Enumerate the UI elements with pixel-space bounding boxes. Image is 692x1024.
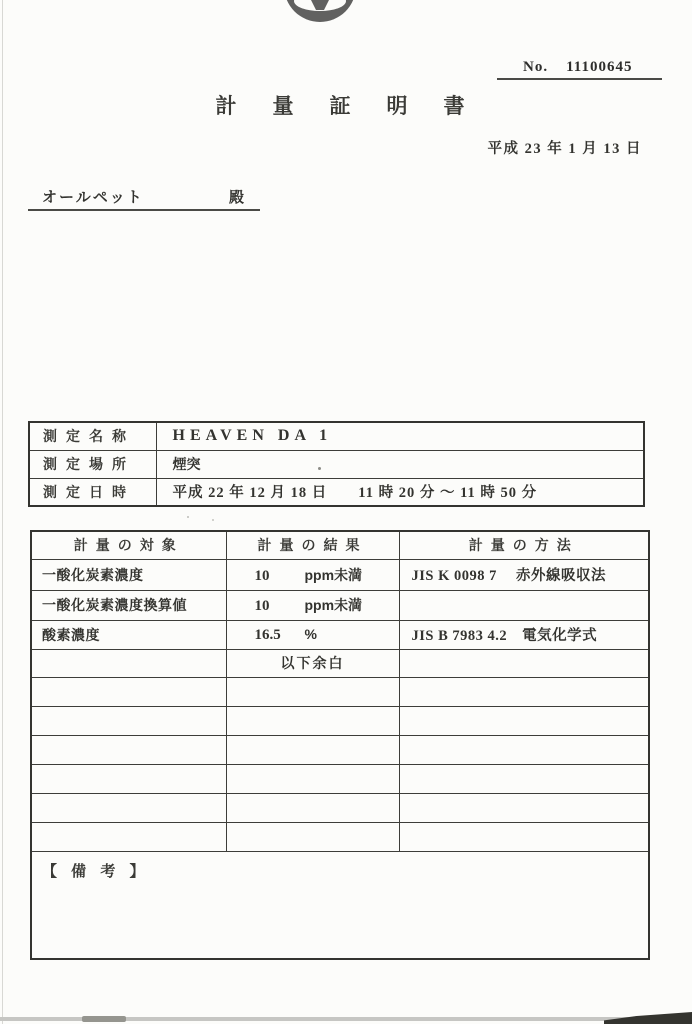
table-header-row: 計量の対象 計量の結果 計量の方法 xyxy=(31,531,649,559)
empty-table-row xyxy=(31,793,649,822)
empty-table-row xyxy=(31,764,649,793)
empty-table-row xyxy=(31,822,649,851)
info-label-datetime: 測定日時 xyxy=(29,478,156,506)
method-cell xyxy=(399,649,649,677)
page-title: 計量証明書 xyxy=(0,90,692,120)
info-value-name: HEAVEN DA 1 xyxy=(156,422,644,450)
scan-speck xyxy=(187,516,189,518)
issue-date: 平成 23 年 1 月 13 日 xyxy=(488,137,643,158)
table-row: 測定場所 煙突 xyxy=(29,450,644,478)
scan-speck xyxy=(212,519,214,521)
table-row: 酸素濃度 16.5% JIS B 7983 4.2 電気化学式 xyxy=(31,620,649,649)
empty-table-row xyxy=(31,735,649,764)
empty-table-row xyxy=(31,677,649,706)
header-result: 計量の結果 xyxy=(226,531,399,559)
method-cell: JIS K 0098 7 赤外線吸収法 xyxy=(399,559,649,590)
table-row: 測定名称 HEAVEN DA 1 xyxy=(29,422,644,450)
certificate-page: No. 11100645 計量証明書 平成 23 年 1 月 13 日 オールペ… xyxy=(0,0,692,1024)
company-stamp-logo-icon xyxy=(285,0,355,23)
measurement-result-table: 計量の対象 計量の結果 計量の方法 一酸化炭素濃度 10ppm未満 JIS K … xyxy=(30,530,650,960)
info-value-place: 煙突 xyxy=(156,450,644,478)
doc-number-value: 11100645 xyxy=(566,59,632,76)
header-target: 計量の対象 xyxy=(31,531,226,559)
remarks-section: 【 備 考 】 xyxy=(31,851,649,959)
table-row: 以下余白 xyxy=(31,649,649,677)
result-value: 10 xyxy=(255,568,305,585)
blank-below-note: 以下余白 xyxy=(226,649,399,677)
target-cell: 酸素濃度 xyxy=(31,620,226,649)
target-cell xyxy=(31,649,226,677)
measurement-info-table: 測定名称 HEAVEN DA 1 測定場所 煙突 測定日時 平成 22 年 12… xyxy=(28,421,645,507)
remarks-label: 【 備 考 】 xyxy=(42,863,150,880)
result-cell: 10ppm未満 xyxy=(226,590,399,620)
scan-speck xyxy=(318,467,321,470)
doc-number-label: No. xyxy=(523,59,548,76)
result-unit: ppm未満 xyxy=(305,567,363,583)
scan-edge-artifact xyxy=(2,0,3,1024)
method-cell xyxy=(399,590,649,620)
info-label-name: 測定名称 xyxy=(29,422,156,450)
result-cell: 10ppm未満 xyxy=(226,559,399,590)
table-row: 一酸化炭素濃度換算値 10ppm未満 xyxy=(31,590,649,620)
info-label-place: 測定場所 xyxy=(29,450,156,478)
empty-table-row xyxy=(31,706,649,735)
info-value-datetime: 平成 22 年 12 月 18 日 11 時 20 分 ～ 11 時 50 分 xyxy=(156,478,644,506)
addressee-honorific: 殿 xyxy=(229,186,246,207)
target-cell: 一酸化炭素濃度 xyxy=(31,559,226,590)
result-unit: % xyxy=(305,626,317,642)
result-unit: ppm未満 xyxy=(305,597,363,613)
scan-smudge-artifact xyxy=(82,1016,126,1022)
addressee-name: オールペット xyxy=(42,186,144,207)
result-value: 10 xyxy=(255,598,305,615)
method-cell: JIS B 7983 4.2 電気化学式 xyxy=(399,620,649,649)
addressee-line: オールペット 殿 xyxy=(28,187,260,211)
remarks-row: 【 備 考 】 xyxy=(31,851,649,959)
table-row: 一酸化炭素濃度 10ppm未満 JIS K 0098 7 赤外線吸収法 xyxy=(31,559,649,590)
doc-number: No. 11100645 xyxy=(497,58,662,80)
header-method: 計量の方法 xyxy=(399,531,649,559)
target-cell: 一酸化炭素濃度換算値 xyxy=(31,590,226,620)
table-row: 測定日時 平成 22 年 12 月 18 日 11 時 20 分 ～ 11 時 … xyxy=(29,478,644,506)
result-value: 16.5 xyxy=(255,627,305,644)
result-cell: 16.5% xyxy=(226,620,399,649)
